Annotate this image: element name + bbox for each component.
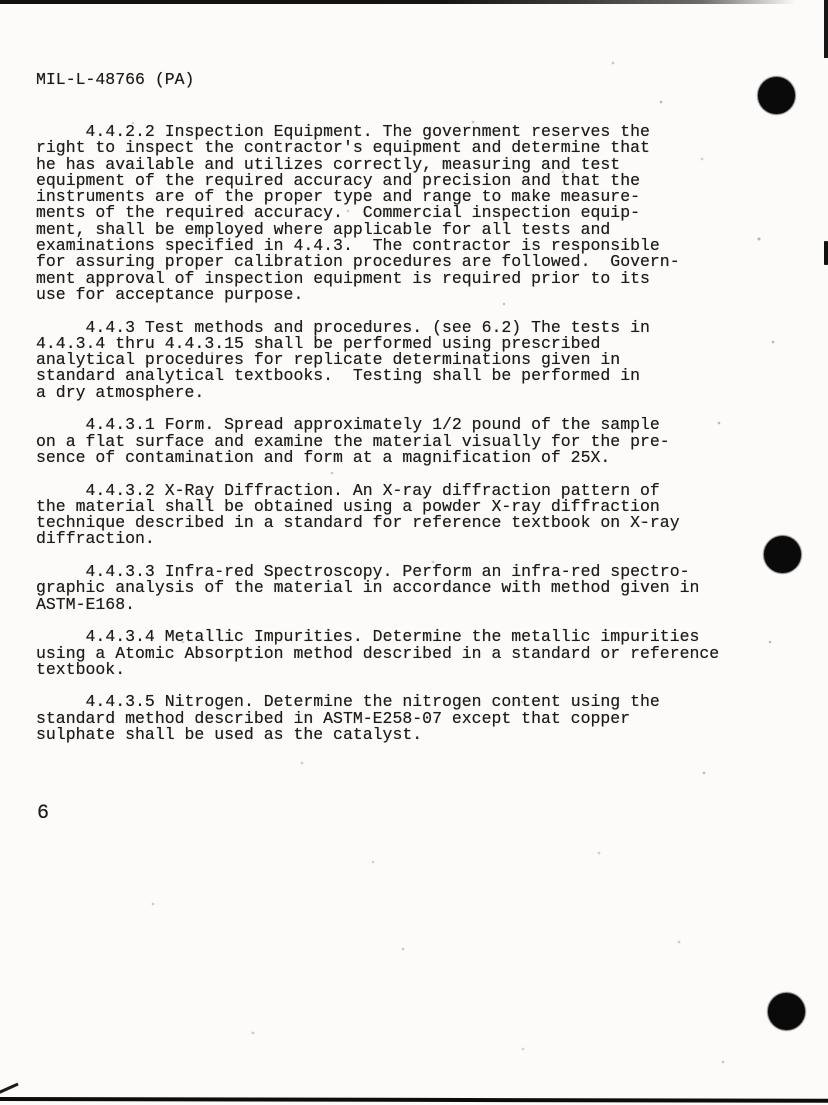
scan-artifact-bottom-edge: [0, 1097, 828, 1103]
paragraph-infra-red-spectroscopy: 4.4.3.3 Infra-red Spectroscopy. Perform …: [36, 564, 776, 613]
scan-artifact-right-edge-tick: [824, 241, 828, 265]
paragraph-test-methods-and-procedures: 4.4.3 Test methods and procedures. (see …: [36, 320, 776, 401]
document-body: 4.4.2.2 Inspection Equipment. The govern…: [36, 124, 776, 760]
hole-punch-mark-top: [758, 77, 795, 114]
scan-artifact-top-edge: [0, 0, 796, 4]
scanned-document-page: MIL-L-48766 (PA) 4.4.2.2 Inspection Equi…: [0, 0, 828, 1105]
scan-artifact-right-edge-top: [824, 0, 828, 58]
paragraph-nitrogen: 4.4.3.5 Nitrogen. Determine the nitrogen…: [36, 694, 776, 743]
page-number: 6: [37, 802, 49, 826]
paragraph-metallic-impurities: 4.4.3.4 Metallic Impurities. Determine t…: [36, 629, 776, 678]
paragraph-form: 4.4.3.1 Form. Spread approximately 1/2 p…: [36, 417, 776, 466]
hole-punch-mark-bottom: [768, 993, 805, 1030]
scan-noise-speckles: [0, 0, 2, 2]
document-id-header: MIL-L-48766 (PA): [36, 72, 194, 88]
paragraph-inspection-equipment: 4.4.2.2 Inspection Equipment. The govern…: [36, 124, 776, 303]
scan-artifact-bottom-left-corner: [0, 1083, 19, 1095]
paragraph-x-ray-diffraction: 4.4.3.2 X-Ray Diffraction. An X-ray diff…: [36, 483, 776, 548]
